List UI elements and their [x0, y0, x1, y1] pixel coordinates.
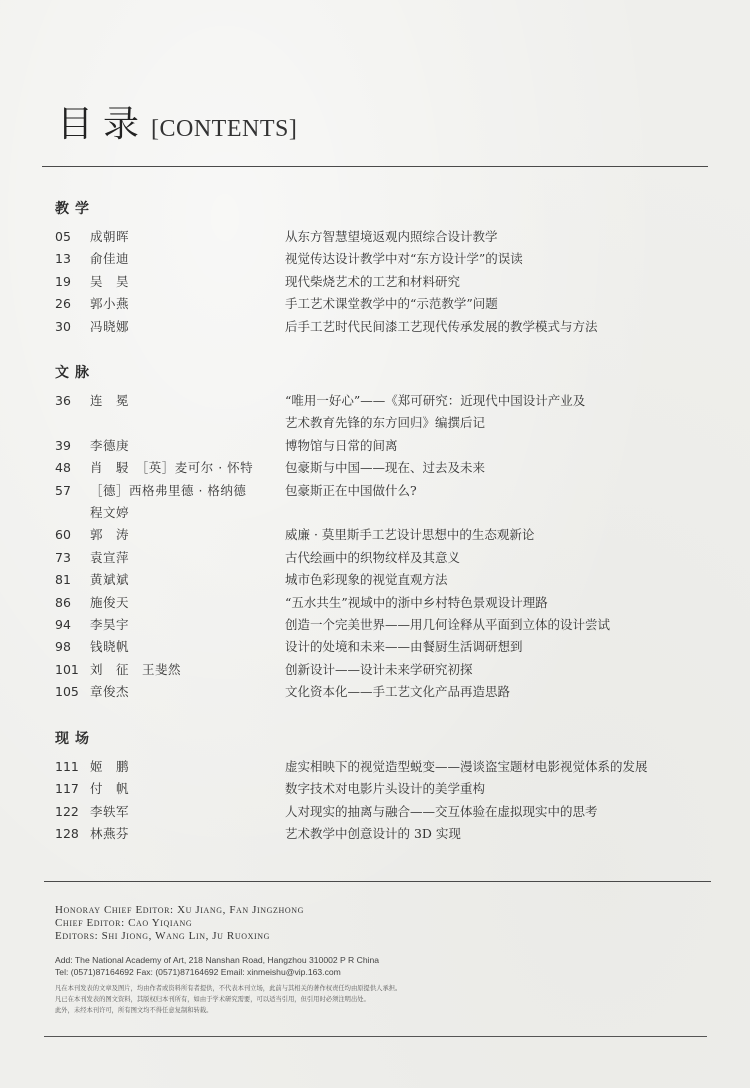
article-title: “唯用一好心”——《郑可研究：近现代中国设计产业及: [285, 390, 585, 412]
page-number: 36: [55, 390, 89, 412]
author: ［德］西格弗里德 · 格纳德: [90, 480, 246, 502]
toc-entry[interactable]: 36 连 冕 “唯用一好心”——《郑可研究：近现代中国设计产业及: [55, 390, 715, 412]
article-title: 后手工艺时代民间漆工艺现代传承发展的教学模式与方法: [285, 316, 598, 338]
article-title: 博物馆与日常的间离: [285, 435, 398, 457]
notice-line: 此外，未经本刊许可，所有图文均不得任意复制和转载。: [55, 1005, 401, 1016]
toc-section-context: 文脉 36 连 冕 “唯用一好心”——《郑可研究：近现代中国设计产业及 艺术教育…: [55, 362, 715, 703]
toc-entry[interactable]: 101 刘 征 王斐然 创新设计——设计未来学研究初探: [55, 659, 715, 681]
honorary-chief-editor: Honoray Chief Editor: Xu Jiang, Fan Jing…: [55, 904, 304, 917]
article-title: 创新设计——设计未来学研究初探: [285, 659, 473, 681]
toc-entry[interactable]: 105 章俊杰 文化资本化——手工艺文化产品再造思路: [55, 681, 715, 703]
author: 李昊宇: [90, 614, 129, 636]
author: 钱晓帆: [90, 636, 129, 658]
article-title: 艺术教学中创意设计的 3D 实现: [285, 823, 461, 845]
page-number: 60: [55, 524, 89, 546]
author: 吴 昊: [90, 271, 129, 293]
toc-entry[interactable]: 26 郭小燕 手工艺术课堂教学中的“示范教学”问题: [55, 293, 715, 315]
section-title: 教学: [55, 198, 715, 220]
section-title: 文脉: [55, 362, 715, 384]
article-title: 包豪斯与中国——现在、过去及未来: [285, 457, 485, 479]
article-title: 从东方智慧望境返观内照综合设计教学: [285, 226, 498, 248]
page-number: 128: [55, 823, 89, 845]
page-number: 30: [55, 316, 89, 338]
page-number: 26: [55, 293, 89, 315]
author: 林燕芬: [90, 823, 129, 845]
page-header: 目录 [CONTENTS]: [57, 96, 297, 147]
page-number: 122: [55, 801, 89, 823]
header-divider: [42, 166, 708, 167]
article-title: 人对现实的抽离与融合——交互体验在虚拟现实中的思考: [285, 801, 598, 823]
author: 俞佳迪: [90, 248, 129, 270]
page-number: 19: [55, 271, 89, 293]
toc-entry[interactable]: 19 吴 昊 现代柴烧艺术的工艺和材料研究: [55, 271, 715, 293]
author: 施俊天: [90, 592, 129, 614]
editorial-credits: Honoray Chief Editor: Xu Jiang, Fan Jing…: [55, 904, 304, 944]
article-title: 城市色彩现象的视觉直观方法: [285, 569, 448, 591]
article-title: 文化资本化——手工艺文化产品再造思路: [285, 681, 510, 703]
page-number: 48: [55, 457, 89, 479]
address: Add: The National Academy of Art, 218 Na…: [55, 954, 379, 966]
notice-line: 凡在本刊发表的文章及图片，均由作者或资料所有者提供，不代表本刊立场，此前与其相关…: [55, 983, 401, 994]
toc-entry[interactable]: 111 姬 鹏 虚实相映下的视觉造型蜕变——漫谈盗宝题材电影视觉体系的发展: [55, 756, 715, 778]
author: 程文婷: [90, 502, 129, 524]
phone-fax-email: Tel: (0571)87164692 Fax: (0571)87164692 …: [55, 966, 379, 978]
bottom-divider: [44, 1036, 707, 1037]
article-title: 视觉传达设计教学中对“东方设计学”的误读: [285, 248, 523, 270]
toc-entry[interactable]: 48 肖 駸 ［英］麦可尔 · 怀特 包豪斯与中国——现在、过去及未来: [55, 457, 715, 479]
article-title: 数字技术对电影片头设计的美学重构: [285, 778, 485, 800]
author: 郭 涛: [90, 524, 129, 546]
page-title-english: [CONTENTS]: [151, 116, 297, 143]
author: 付 帆: [90, 778, 129, 800]
toc-section-field: 现场 111 姬 鹏 虚实相映下的视觉造型蜕变——漫谈盗宝题材电影视觉体系的发展…: [55, 728, 715, 846]
page-number: 57: [55, 480, 89, 502]
toc-entry[interactable]: 98 钱晓帆 设计的处境和未来——由餐厨生活调研想到: [55, 636, 715, 658]
page-number: 98: [55, 636, 89, 658]
article-title: 设计的处境和未来——由餐厨生活调研想到: [285, 636, 523, 658]
contact-info: Add: The National Academy of Art, 218 Na…: [55, 954, 379, 978]
article-title: 艺术教育先锋的东方回归》编撰后记: [285, 412, 485, 434]
toc-entry[interactable]: 117 付 帆 数字技术对电影片头设计的美学重构: [55, 778, 715, 800]
editors: Editors: Shi Jiong, Wang Lin, Ju Ruoxing: [55, 930, 304, 943]
author: 李德庚: [90, 435, 129, 457]
author: 章俊杰: [90, 681, 129, 703]
toc-entry[interactable]: 81 黄斌斌 城市色彩现象的视觉直观方法: [55, 569, 715, 591]
page-title: 目录: [57, 96, 149, 147]
author: 成朝晖: [90, 226, 129, 248]
author: 袁宣萍: [90, 547, 129, 569]
author: 郭小燕: [90, 293, 129, 315]
notice-line: 凡已在本刊发表的图文资料，其版权归本刊所有，如由于学术研究需要，可以适当引用，但…: [55, 994, 401, 1005]
page-number: 94: [55, 614, 89, 636]
article-title: “五水共生”视域中的浙中乡村特色景观设计理路: [285, 592, 548, 614]
toc-entry[interactable]: 57 ［德］西格弗里德 · 格纳德 包豪斯正在中国做什么?: [55, 480, 715, 502]
toc-entry[interactable]: 122 李轶军 人对现实的抽离与融合——交互体验在虚拟现实中的思考: [55, 801, 715, 823]
page-number: 105: [55, 681, 89, 703]
page-number: 05: [55, 226, 89, 248]
page-number: 101: [55, 659, 89, 681]
toc-entry[interactable]: 30 冯晓娜 后手工艺时代民间漆工艺现代传承发展的教学模式与方法: [55, 316, 715, 338]
page-number: 13: [55, 248, 89, 270]
author: 肖 駸 ［英］麦可尔 · 怀特: [90, 457, 253, 479]
toc-section-teaching: 教学 05 成朝晖 从东方智慧望境返观内照综合设计教学 13 俞佳迪 视觉传达设…: [55, 198, 715, 338]
toc-entry[interactable]: 13 俞佳迪 视觉传达设计教学中对“东方设计学”的误读: [55, 248, 715, 270]
author: 连 冕: [90, 390, 129, 412]
section-title: 现场: [55, 728, 715, 750]
author: 刘 征 王斐然: [90, 659, 181, 681]
copyright-notice: 凡在本刊发表的文章及图片，均由作者或资料所有者提供，不代表本刊立场，此前与其相关…: [55, 983, 401, 1017]
author: 李轶军: [90, 801, 129, 823]
page-number: 111: [55, 756, 89, 778]
chief-editor: Chief Editor: Cao Yiqiang: [55, 917, 304, 930]
page-number: 117: [55, 778, 89, 800]
author: 冯晓娜: [90, 316, 129, 338]
toc-entry-continuation[interactable]: 艺术教育先锋的东方回归》编撰后记: [55, 412, 715, 434]
author: 黄斌斌: [90, 569, 129, 591]
article-title: 古代绘画中的织物纹样及其意义: [285, 547, 460, 569]
article-title: 包豪斯正在中国做什么?: [285, 480, 417, 502]
toc-entry[interactable]: 128 林燕芬 艺术教学中创意设计的 3D 实现: [55, 823, 715, 845]
author: 姬 鹏: [90, 756, 129, 778]
toc-entry-continuation[interactable]: 程文婷: [55, 502, 715, 524]
article-title: 创造一个完美世界——用几何诠释从平面到立体的设计尝试: [285, 614, 610, 636]
article-title: 手工艺术课堂教学中的“示范教学”问题: [285, 293, 498, 315]
toc-entry[interactable]: 73 袁宣萍 古代绘画中的织物纹样及其意义: [55, 547, 715, 569]
article-title: 威廉 · 莫里斯手工艺设计思想中的生态观新论: [285, 524, 534, 546]
article-title: 现代柴烧艺术的工艺和材料研究: [285, 271, 460, 293]
toc-entry[interactable]: 05 成朝晖 从东方智慧望境返观内照综合设计教学: [55, 226, 715, 248]
toc-entry[interactable]: 86 施俊天 “五水共生”视域中的浙中乡村特色景观设计理路: [55, 592, 715, 614]
article-title: 虚实相映下的视觉造型蜕变——漫谈盗宝题材电影视觉体系的发展: [285, 756, 648, 778]
toc-entry[interactable]: 94 李昊宇 创造一个完美世界——用几何诠释从平面到立体的设计尝试: [55, 614, 715, 636]
page-number: 39: [55, 435, 89, 457]
page-number: 73: [55, 547, 89, 569]
toc-entry[interactable]: 39 李德庚 博物馆与日常的间离: [55, 435, 715, 457]
footer-divider: [44, 881, 711, 882]
page-number: 81: [55, 569, 89, 591]
toc-entry[interactable]: 60 郭 涛 威廉 · 莫里斯手工艺设计思想中的生态观新论: [55, 524, 715, 546]
page-number: 86: [55, 592, 89, 614]
